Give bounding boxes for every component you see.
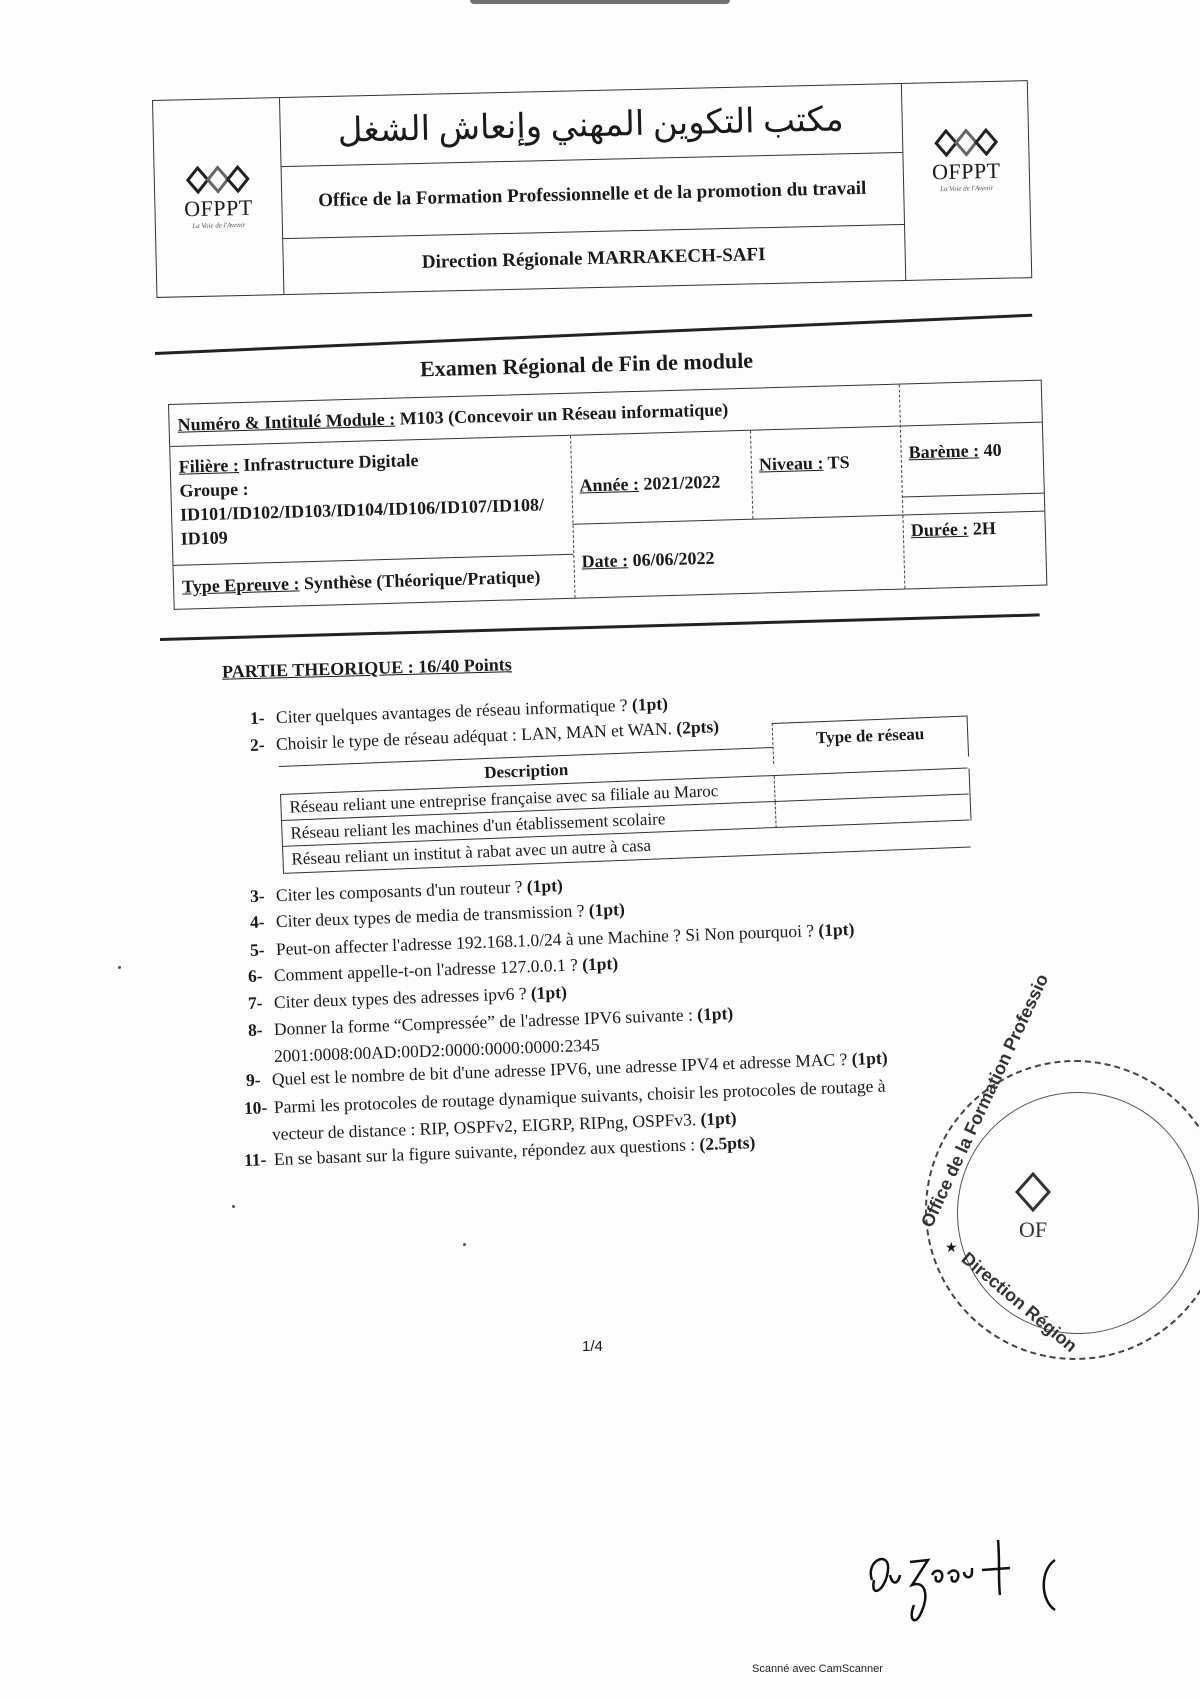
bareme-value: 40 [983, 440, 1002, 460]
annee-label: Année : [579, 474, 639, 496]
page-number: 1/4 [582, 1338, 603, 1355]
divider [160, 613, 1040, 641]
stamp-inner-ring [957, 1092, 1199, 1334]
date-label: Date : [581, 550, 628, 571]
table-header-type: Type de réseau [772, 716, 969, 764]
star-icon: ★ [945, 1240, 958, 1257]
scanner-watermark: Scanné avec CamScanner [752, 1663, 883, 1675]
institution-header: OFPPT La Voie de l'Avenir مكتب التكوين ا… [152, 80, 1032, 298]
official-stamp: Office de la Formation Professio Directi… [925, 1060, 1200, 1360]
section-title: PARTIE THEORIQUE : 16/40 Points [222, 654, 512, 683]
header-center: مكتب التكوين المهني وإنعاش الشغل Office … [279, 84, 905, 294]
scan-speck [232, 1205, 235, 1208]
bareme-cell: Barème : 40 [900, 433, 1043, 470]
date-value: 06/06/2022 [632, 548, 715, 570]
annee-cell: Année : 2021/2022 [571, 465, 752, 503]
niveau-value: TS [827, 452, 850, 473]
question-7: 7-Citer deux types des adresses ipv6 ? (… [248, 982, 568, 1014]
logo-right: OFPPT La Voie de l'Avenir [901, 81, 1031, 280]
annee-value: 2021/2022 [643, 472, 721, 494]
ofppt-logo-icon [933, 128, 998, 157]
logo-text: OFPPT [184, 195, 253, 223]
ofppt-logo-icon [186, 165, 251, 194]
stamp-inner-text: OF [1019, 1217, 1047, 1243]
logo-text: OFPPT [932, 158, 1001, 186]
exam-page: OFPPT La Voie de l'Avenir مكتب التكوين ا… [0, 0, 1200, 1698]
bareme-label: Barème : [908, 440, 979, 462]
filiere-value: Infrastructure Digitale [243, 450, 419, 475]
scan-speck [463, 1243, 466, 1246]
module-label: Numéro & Intitulé Module : [177, 409, 395, 435]
duree-cell: Durée : 2H [902, 511, 1045, 548]
logo-tagline: La Voie de l'Avenir [940, 184, 993, 193]
signature [860, 1540, 1060, 1640]
exam-title: Examen Régional de Fin de module [420, 348, 754, 383]
niveau-label: Niveau : [759, 453, 824, 475]
logo-left: OFPPT La Voie de l'Avenir [153, 98, 284, 297]
divider [155, 314, 1032, 355]
date-cell: Date : 06/06/2022 [573, 537, 904, 579]
exam-info-table: Numéro & Intitulé Module : M103 (Concevo… [168, 380, 1047, 610]
module-value: M103 (Concevoir un Réseau informatique) [399, 399, 728, 428]
network-type-table: Description Type de réseau Réseau relian… [278, 716, 970, 870]
row-type-answer [776, 821, 971, 854]
scan-speck [118, 966, 121, 969]
ofppt-logo-icon [1013, 1172, 1053, 1212]
divider [902, 493, 1044, 498]
niveau-cell: Niveau : TS [750, 445, 901, 482]
type-label: Type Epreuve : [182, 573, 300, 596]
filiere-label: Filière : [178, 455, 239, 477]
type-value: Synthèse (Théorique/Pratique) [304, 567, 541, 594]
duree-label: Durée : [911, 519, 969, 541]
type-cell: Type Epreuve : Synthèse (Théorique/Prati… [174, 560, 575, 604]
duree-value: 2H [972, 518, 996, 539]
scan-edge-mark [470, 0, 730, 4]
logo-tagline: La Voie de l'Avenir [192, 221, 245, 230]
filiere-cell: Filière : Infrastructure Digitale Groupe… [170, 438, 573, 557]
